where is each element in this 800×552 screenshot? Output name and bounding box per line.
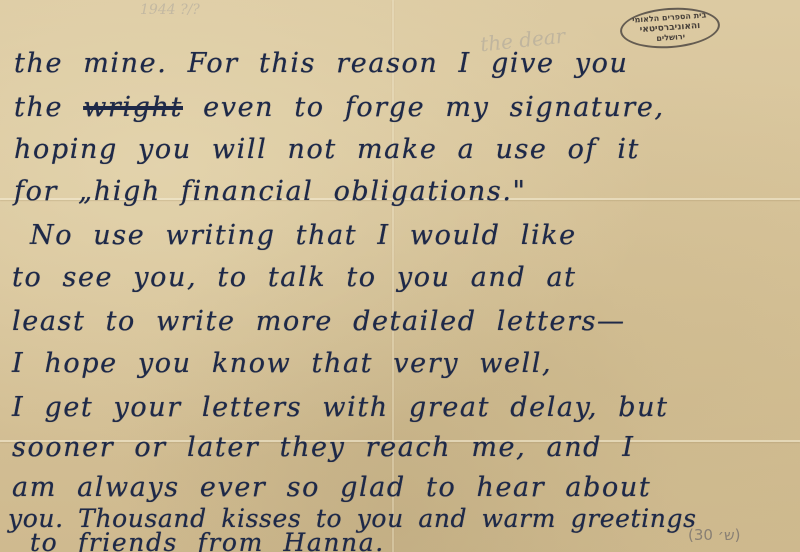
- pencil-annotation: (ש׳ 30): [688, 526, 740, 544]
- letter-line-10: sooner or later they reach me, and I: [12, 432, 800, 463]
- letter-line-13-signature: to friends from Hanna.: [30, 528, 800, 552]
- letter-line-3: hoping you will not make a use of it: [14, 134, 800, 165]
- letter-line-7: least to write more detailed letters—: [12, 306, 800, 337]
- letter-line-9: I get your letters with great delay, but: [12, 392, 800, 423]
- letter-line-6: to see you, to talk to you and at: [12, 262, 800, 293]
- struck-out-word: wright: [83, 92, 183, 123]
- line-2-prefix: the: [14, 92, 83, 123]
- letter-line-2: the wright even to forge my signature,: [14, 92, 800, 123]
- stamp-line-3: ירושלים: [656, 32, 685, 44]
- letter-line-8: I hope you know that very well,: [12, 348, 800, 379]
- letter-line-4: for „high financial obligations.": [14, 176, 800, 207]
- line-2-suffix: even to forge my signature,: [183, 92, 665, 123]
- bleed-through-note: 1944 ?/?: [140, 2, 200, 18]
- library-stamp: בית הספרים הלאומי והאוניברסיטאי ירושלים: [619, 5, 722, 52]
- letter-line-11: am always ever so glad to hear about: [12, 472, 800, 503]
- letter-line-5: No use writing that I would like: [30, 220, 800, 251]
- letter-line-1: the mine. For this reason I give you: [14, 48, 800, 79]
